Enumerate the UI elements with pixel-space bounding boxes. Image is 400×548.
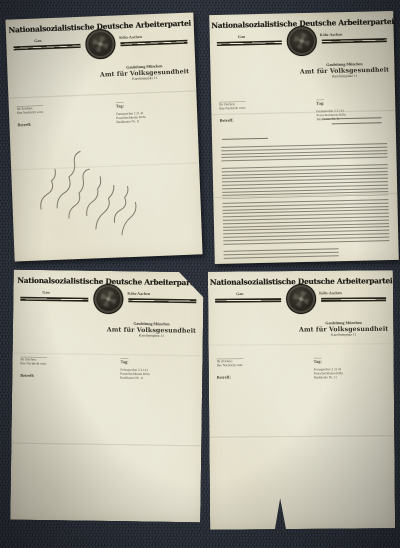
fold-crease [8, 90, 196, 99]
header-rule-left [217, 40, 282, 45]
reference-fields: Ihr Zeichen: Ihre Nachricht vom: [217, 359, 243, 368]
typed-paragraph [222, 164, 389, 199]
typed-salutation-line [222, 138, 268, 140]
typed-paragraph [224, 248, 339, 261]
ref-line2: Ihre Nachricht vom: [20, 362, 46, 366]
fold-crease [211, 110, 395, 116]
typed-place-line [332, 122, 382, 124]
reference-fields: Ihr Zeichen: Ihre Nachricht vom: [20, 357, 46, 366]
fold-crease [209, 435, 394, 439]
contact-line3: Bankkonto Nr. 11 [314, 376, 343, 380]
date-label: Tag: [316, 100, 324, 106]
ref-line2: Ihre Nachricht vom: [17, 110, 43, 115]
subject-label: Betreff: [220, 118, 234, 123]
subject-label: Betreff: [217, 375, 231, 380]
reference-fields: Ihr Zeichen: Ihre Nachricht vom: [219, 101, 246, 111]
fold-crease [11, 443, 201, 448]
date-label: Tag: [116, 102, 124, 108]
header-rule-left [20, 297, 88, 302]
party-roundel-emblem-icon [286, 26, 317, 57]
header-rule-right [128, 298, 196, 303]
document-top-left: Nationalsozialistische Deutsche Arbeiter… [5, 12, 202, 261]
office-line3: Karolinenplatz 11 [297, 332, 390, 337]
header-rule-right [120, 40, 187, 47]
region-label: Köln-Aachen [119, 34, 142, 39]
document-top-right: Nationalsozialistische Deutsche Arbeiter… [209, 11, 399, 264]
document-bottom-right: Nationalsozialistische Deutsche Arbeiter… [208, 270, 395, 530]
typed-paragraph [222, 199, 389, 247]
typed-paragraph [221, 143, 387, 164]
contact-block: Fernsprecher 2 21 41 Postscheckkonto Köl… [121, 368, 150, 380]
subject-label: Betreff: [20, 373, 34, 378]
office-block: Gauleitung München Amt für Volksgesundhe… [297, 320, 390, 337]
ref-line2: Ihre Nachricht vom: [217, 364, 243, 368]
gau-label: Gau [42, 290, 49, 295]
office-block: Gauleitung München Amt für Volksgesundhe… [98, 63, 193, 83]
handwritten-pencil-note [28, 98, 176, 255]
subject-label: Betreff: [17, 122, 31, 128]
header-rule-left [13, 44, 80, 51]
header-rule-right [322, 38, 387, 43]
header-rule-right [321, 297, 387, 302]
header-rule-left [215, 298, 281, 303]
gau-label: Gau [236, 292, 243, 297]
ref-line2: Ihre Nachricht vom: [219, 106, 245, 111]
document-bottom-left: Nationalsozialistische Deutsche Arbeiter… [10, 270, 203, 523]
reference-fields: Ihr Zeichen: Ihre Nachricht vom: [17, 105, 44, 115]
region-label: Köln-Aachen [319, 291, 342, 296]
party-roundel-emblem-icon [85, 29, 116, 60]
contact-line3: Bankkonto Nr. 11 [121, 376, 150, 380]
typed-date-line [324, 117, 382, 120]
gau-label: Gau [34, 38, 42, 43]
fold-crease [209, 343, 394, 347]
date-label: Tag: [314, 358, 322, 364]
party-roundel-emblem-icon [285, 284, 315, 314]
contact-block: Fernsprecher 2 21 41 Postscheckkonto Köl… [314, 368, 343, 380]
region-label: Köln-Aachen [127, 291, 150, 296]
office-block: Gauleitung München Amt für Volksgesundhe… [104, 321, 199, 338]
date-label: Tag: [121, 358, 129, 364]
gau-label: Gau [237, 34, 244, 39]
region-label: Köln-Aachen [320, 32, 343, 37]
office-block: Gauleitung München Amt für Volksgesundhe… [299, 61, 391, 79]
party-roundel-emblem-icon [93, 284, 123, 314]
